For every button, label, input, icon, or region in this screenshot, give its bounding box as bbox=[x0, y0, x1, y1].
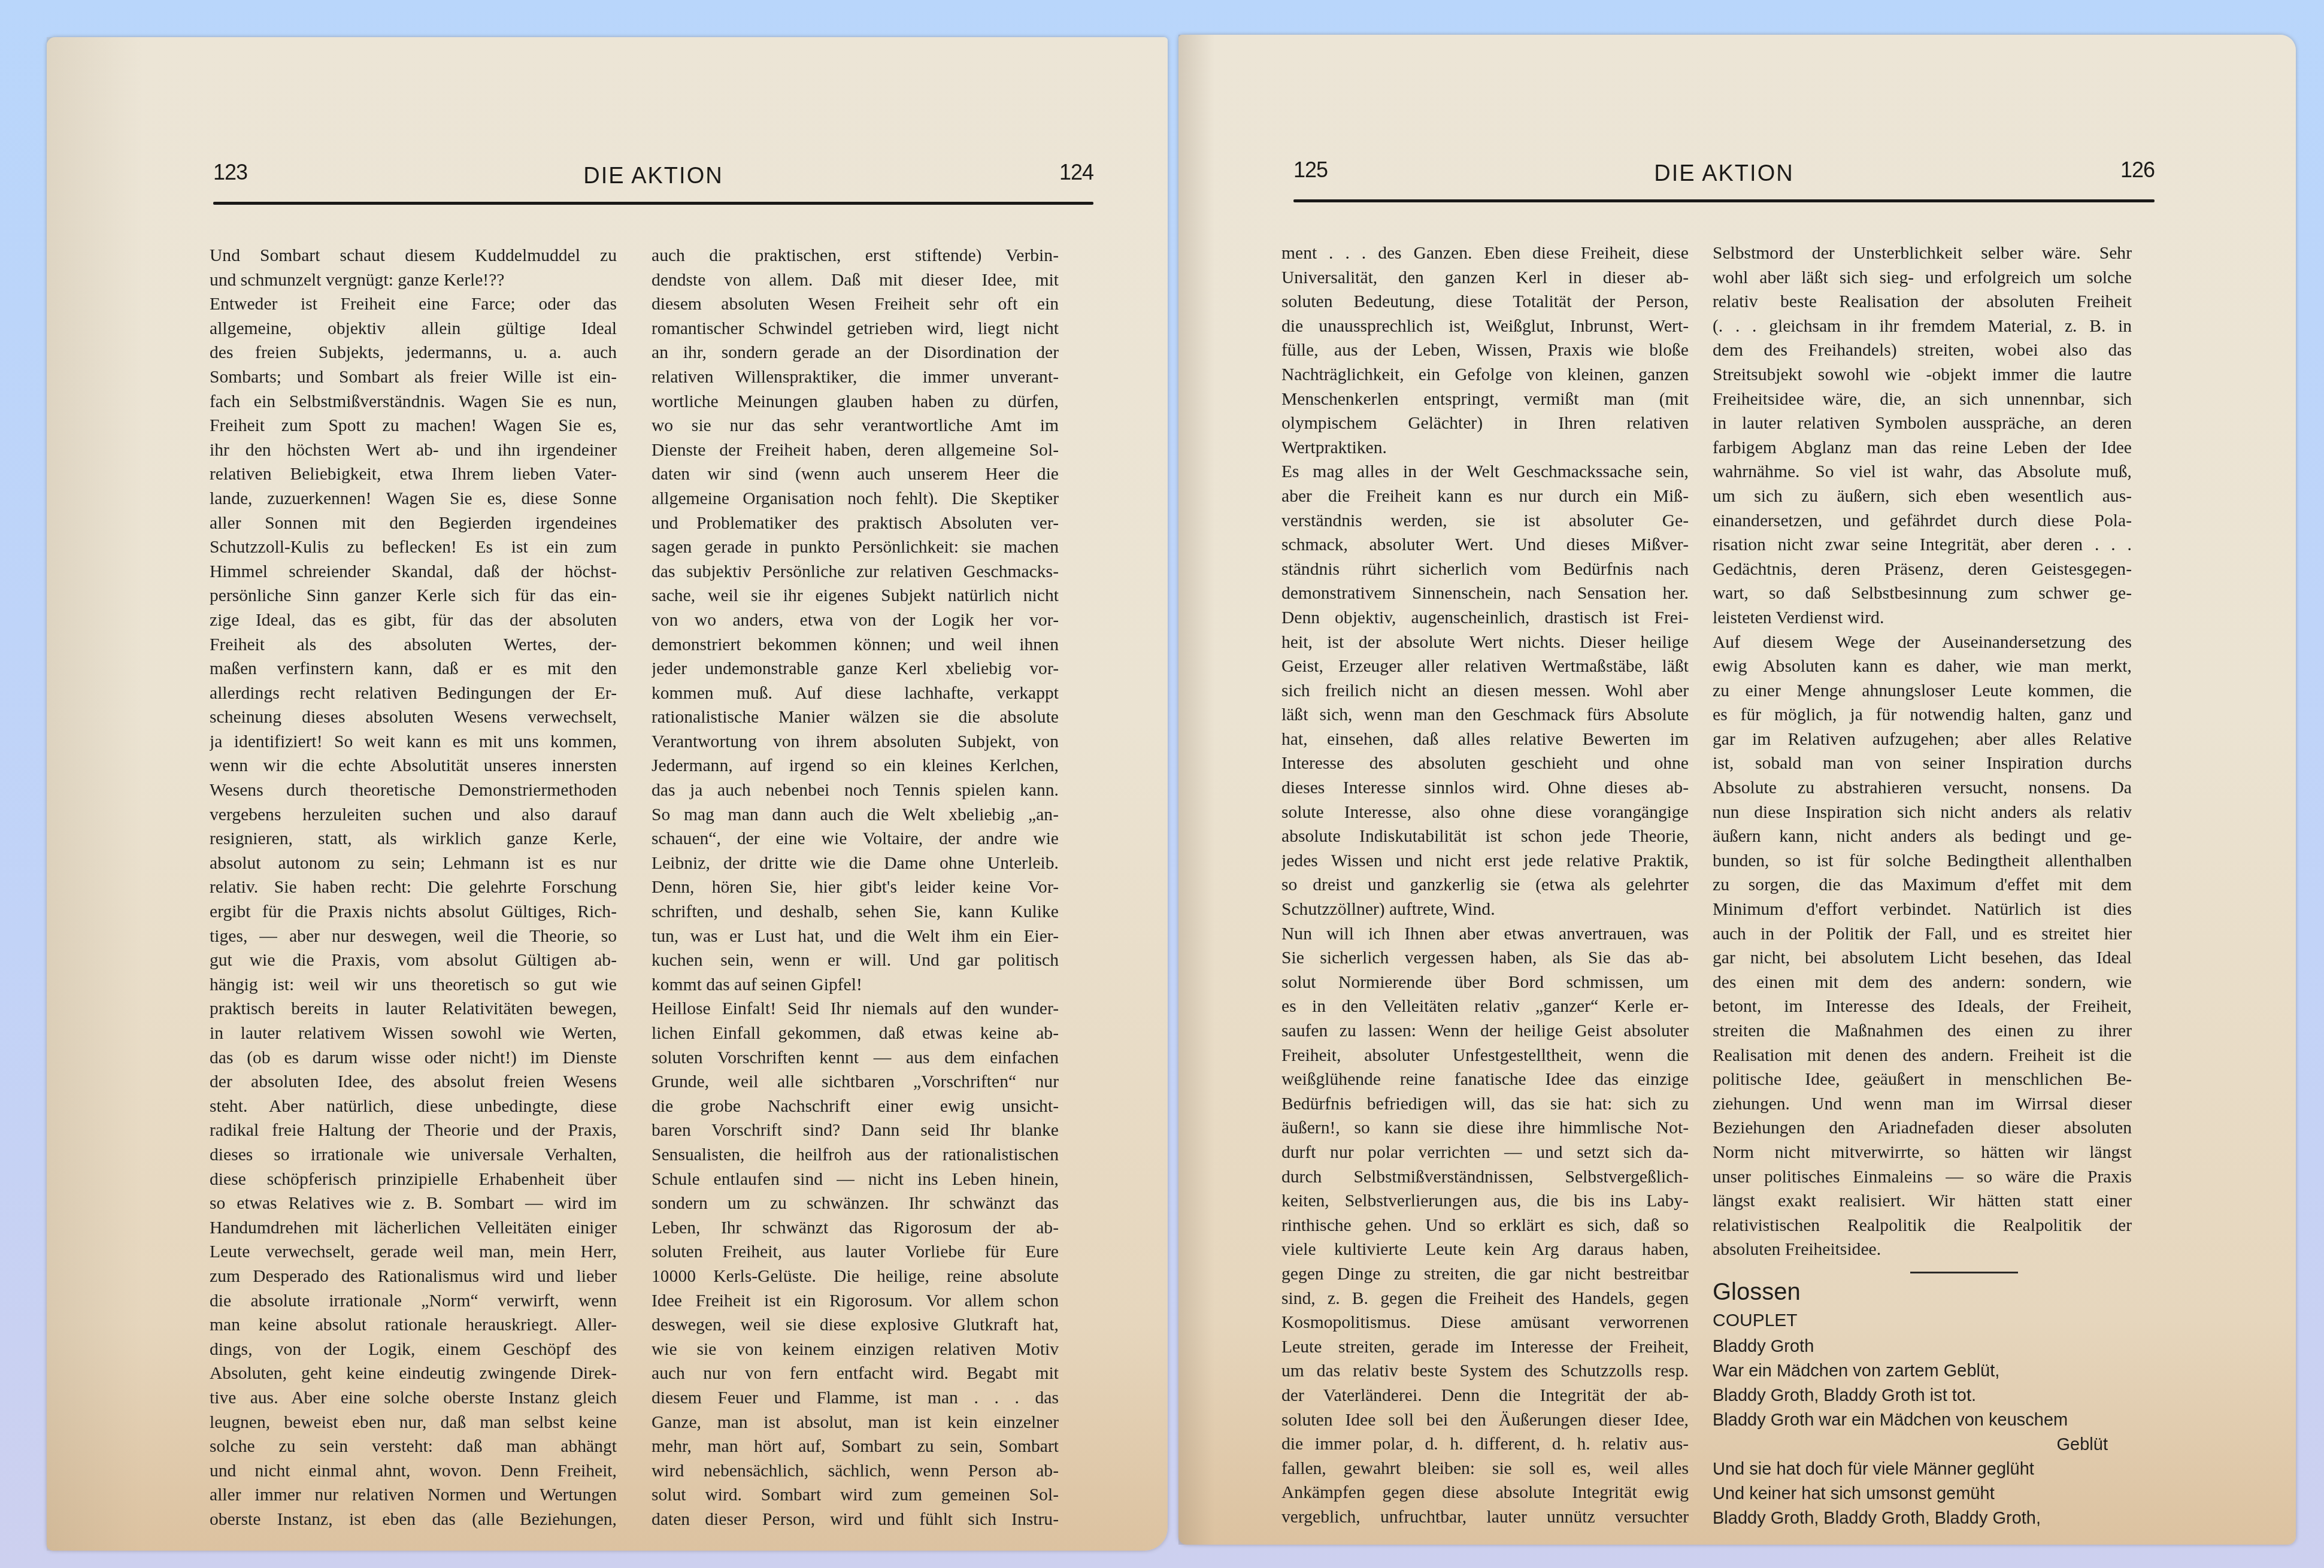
text-line: dendste von allem. Daß mit dieser Idee, … bbox=[652, 268, 1059, 293]
text-line: sich freilich nicht an diesen messen. Wo… bbox=[1281, 679, 1689, 703]
text-line: Geist, Erzeuger aller relativen Wertmaßs… bbox=[1281, 654, 1689, 679]
text-line: aber die Freiheit kann es nur durch ein … bbox=[1281, 484, 1689, 509]
text-line: des einen mit dem des andern: sondern, w… bbox=[1713, 970, 2132, 995]
right-page: 125 DIE AKTION 126 ment . . . des Ganzen… bbox=[1178, 35, 2296, 1545]
text-line: zu sorgen, die das Maximum d'effet mit d… bbox=[1713, 873, 2132, 897]
poem-verses: Bladdy GrothWar ein Mädchen von zartem G… bbox=[1713, 1335, 2132, 1531]
essay-text: Selbstmord der Unsterblichkeit selber wä… bbox=[1713, 241, 2132, 1262]
text-line: wo sie nur das sehr verantwortliche Amt … bbox=[652, 414, 1059, 438]
text-line: fallen, gewahrt bleiben: sie soll es, we… bbox=[1281, 1457, 1689, 1481]
text-line: sondern um zu schwänzen. Ihr schwänzt da… bbox=[652, 1191, 1059, 1216]
text-line: Freiheit zum Spott zu machen! Wagen Sie … bbox=[210, 414, 617, 438]
text-line: (. . . gleichsam in ihr fremdem Material… bbox=[1713, 314, 2132, 339]
text-line: relativen Willenspraktiker, die immer un… bbox=[652, 365, 1059, 390]
text-line: fach ein Selbstmißverständnis. Wagen Sie… bbox=[210, 390, 617, 414]
text-line: von wo anders, etwa von der Logik her vo… bbox=[652, 608, 1059, 633]
text-line: Absoluten, geht keine eindeutig zwingend… bbox=[210, 1361, 617, 1386]
text-line: schmack, absoluter Wert. Und dieses Mißv… bbox=[1281, 533, 1689, 557]
text-line: Freiheit, absoluter Unfestgestelltheit, … bbox=[1281, 1044, 1689, 1068]
text-line: relativ. Sie haben recht: Die gelehrte F… bbox=[210, 875, 617, 900]
text-line: man keine absolut rationale herauskriegt… bbox=[210, 1313, 617, 1337]
text-column: auch die praktischen, erst stiftende) Ve… bbox=[652, 244, 1059, 1531]
text-line: Heillose Einfalt! Seid Ihr niemals auf d… bbox=[652, 997, 1059, 1021]
text-line: demonstrativem Sinnenschein, nach Sensat… bbox=[1281, 581, 1689, 606]
text-line: Selbstmord der Unsterblichkeit selber wä… bbox=[1713, 241, 2132, 266]
text-line: Entweder ist Freiheit eine Farce; oder d… bbox=[210, 292, 617, 317]
text-line: der absoluten Idee, des absolut freien W… bbox=[210, 1070, 617, 1094]
text-line: hat, einsehen, daß alles relative Bewert… bbox=[1281, 727, 1689, 752]
text-line: Es mag alles in der Welt Geschmackssache… bbox=[1281, 460, 1689, 484]
text-line: so etwas Relatives wie z. B. Sombart — w… bbox=[210, 1191, 617, 1216]
text-line: in lauter relativem Wissen sowohl wie We… bbox=[210, 1021, 617, 1046]
text-line: solut Normierende über Bord schmissen, u… bbox=[1281, 970, 1689, 995]
text-line: Denn objektiv, augenscheinlich, drastisc… bbox=[1281, 606, 1689, 630]
text-line: kuchen sein, wenn er will. Und gar polit… bbox=[652, 948, 1059, 973]
text-line: des freien Subjekts, jedermanns, u. a. a… bbox=[210, 341, 617, 365]
text-line: Absolute zu abstrahieren versucht, nonse… bbox=[1713, 776, 2132, 800]
text-line: maßen verfinstern kann, daß er es mit de… bbox=[210, 657, 617, 681]
text-line: so dreist und ganzkerlig sie (etwa als g… bbox=[1281, 873, 1689, 897]
text-line: keiten, Selbstverlierungen aus, die bis … bbox=[1281, 1189, 1689, 1214]
text-line: kommen muß. Auf diese lachhafte, verkapp… bbox=[652, 681, 1059, 706]
text-line: tun, was er Lust hat, und die Welt ihm e… bbox=[652, 924, 1059, 949]
text-line: wenn wir die echte Absolutität unseres i… bbox=[210, 754, 617, 778]
text-line: es für möglich, ja für notwendig halten,… bbox=[1713, 703, 2132, 727]
text-line: Leute verwechselt, gerade weil man, mein… bbox=[210, 1240, 617, 1264]
text-line: So mag man dann auch die Welt xbeliebig … bbox=[652, 803, 1059, 827]
text-line: leisteten Verdienst wird. bbox=[1713, 606, 2132, 630]
text-line: Norm nicht mitverwirrte, so hätten wir l… bbox=[1713, 1141, 2132, 1165]
text-line: unser politisches Einmaleins — so wäre d… bbox=[1713, 1165, 2132, 1190]
text-line: das ja auch nebenbei noch Tennis spielen… bbox=[652, 778, 1059, 803]
text-line: absolut autonom zu sein; Lehmann ist es … bbox=[210, 851, 617, 876]
text-line: Ankämpfen gegen diese absolute Integritä… bbox=[1281, 1481, 1689, 1505]
text-line: praktisch bereits in lauter Relativitäte… bbox=[210, 997, 617, 1021]
text-line: Handumdrehen mit lächerlichen Velleitäte… bbox=[210, 1216, 617, 1241]
text-line: demonstriert bekommen können; und weil i… bbox=[652, 633, 1059, 657]
text-line: betont, im Interesse des Ideals, der Fre… bbox=[1713, 994, 2132, 1019]
text-line: Idee Freiheit ist ein Rigorosum. Vor all… bbox=[652, 1289, 1059, 1314]
text-line: um sich zu äußern, sich eben wesentlich … bbox=[1713, 484, 2132, 509]
text-line: dieses so irrationale wie universale Ver… bbox=[210, 1143, 617, 1167]
text-line: sache, weil sie ihr eigenes Subjekt natü… bbox=[652, 584, 1059, 608]
text-line: Schutzzoll-Kulis zu beflecken! Es ist ei… bbox=[210, 535, 617, 560]
text-line: ja identifiziert! So weit kann es mit un… bbox=[210, 730, 617, 754]
text-column: Selbstmord der Unsterblichkeit selber wä… bbox=[1713, 241, 2132, 1531]
text-line: deswegen, weil sie diese explosive Glutk… bbox=[652, 1313, 1059, 1337]
text-line: kommt das auf seinen Gipfel! bbox=[652, 973, 1059, 997]
text-line: diese schöpferisch prinzipielle Erhabenh… bbox=[210, 1167, 617, 1192]
text-line: viele kultivierte Leute kein Arg daraus … bbox=[1281, 1238, 1689, 1262]
text-line: gar nicht, bei absolutem Licht besehen, … bbox=[1713, 946, 2132, 970]
text-line: radikal freie Haltung der Theorie und de… bbox=[210, 1118, 617, 1143]
text-line: Interesse des absoluten geschieht und oh… bbox=[1281, 751, 1689, 776]
text-line: nun diese Inspiration sich nicht anders … bbox=[1713, 800, 2132, 825]
text-line: die immer polar, d. h. different, d. h. … bbox=[1281, 1432, 1689, 1457]
poem-line: Bladdy Groth, Bladdy Groth ist tot. bbox=[1713, 1384, 2132, 1408]
text-line: wortliche Meinungen glauben haben zu dür… bbox=[652, 390, 1059, 414]
text-line: lande, zuzuerkennen! Wagen Sie es, diese… bbox=[210, 487, 617, 511]
text-line: soluten Bedeutung, diese Totalität der P… bbox=[1281, 290, 1689, 314]
text-line: Wesens durch theoretische Demonstriermet… bbox=[210, 778, 617, 803]
text-line: Und Sombart schaut diesem Kuddelmuddel z… bbox=[210, 244, 617, 268]
text-line: solute Interesse, also ohne diese vorang… bbox=[1281, 800, 1689, 825]
text-line: vergebens herzuleiten suchen und also da… bbox=[210, 803, 617, 827]
text-line: ment . . . des Ganzen. Eben diese Freihe… bbox=[1281, 241, 1689, 266]
text-line: Freiheitsidee wäre, die, an sich unnennb… bbox=[1713, 387, 2132, 412]
text-line: diesem Feuer und Flamme, ist man . . . d… bbox=[652, 1386, 1059, 1411]
text-line: ihr den höchsten Wert ab- und ihn irgend… bbox=[210, 438, 617, 463]
text-line: daten wir sind (wenn auch unserem Heer d… bbox=[652, 462, 1059, 487]
text-line: Streitsubjekt sowohl wie -objekt immer d… bbox=[1713, 363, 2132, 387]
text-line: die grobe Nachschrift einer ewig unsicht… bbox=[652, 1094, 1059, 1119]
text-line: dings, von der Logik, einem Geschöpf des bbox=[210, 1337, 617, 1362]
text-line: Auf diesem Wege der Auseinandersetzung d… bbox=[1713, 630, 2132, 655]
text-line: sagen gerade in punkto Persönlichkeit: s… bbox=[652, 535, 1059, 560]
text-line: die absolute irrationale „Norm“ verwirft… bbox=[210, 1289, 617, 1314]
text-line: gar im Relativen aufzugehen; aber alles … bbox=[1713, 727, 2132, 752]
page-header: 123 DIE AKTION 124 bbox=[213, 160, 1093, 196]
poem-line: War ein Mädchen von zartem Geblüt, bbox=[1713, 1359, 2132, 1384]
text-line: ergibt für die Praxis nichts absolut Gül… bbox=[210, 900, 617, 924]
text-line: an ihr, sondern gerade an der Disordinat… bbox=[652, 341, 1059, 365]
page-number: 124 bbox=[1059, 160, 1093, 185]
poem-line: Geblüt bbox=[1713, 1433, 2132, 1457]
text-line: und schmunzelt vergnügt: ganze Kerle!?? bbox=[210, 268, 617, 293]
text-line: tive aus. Aber eine solche oberste Insta… bbox=[210, 1386, 617, 1411]
text-line: auch nur von fern entfacht wird. Begabt … bbox=[652, 1361, 1059, 1386]
text-line: Minimum d'effort verbindet. Natürlich is… bbox=[1713, 897, 2132, 922]
text-line: äußern!, so kann sie diese ihre himmlisc… bbox=[1281, 1116, 1689, 1141]
text-line: Ganze, man ist absolut, man ist kein ein… bbox=[652, 1411, 1059, 1435]
text-line: Realisation mit denen des andern. Freihe… bbox=[1713, 1044, 2132, 1068]
text-line: ständnis rührt sicherlich vom Bedürfnis … bbox=[1281, 557, 1689, 582]
text-line: Freiheit als des absoluten Wertes, der- bbox=[210, 633, 617, 657]
text-line: Leibniz, der dritte wie die Dame ohne Un… bbox=[652, 851, 1059, 876]
text-line: absolute Indiskutabilität ist schon jede… bbox=[1281, 824, 1689, 849]
text-line: steht. Aber natürlich, diese unbedingte,… bbox=[210, 1094, 617, 1119]
text-line: ist, sobald man von seiner Inspiration d… bbox=[1713, 751, 2132, 776]
text-line: scheinung dieses absoluten Wesens verwec… bbox=[210, 705, 617, 730]
text-line: ewig Absoluten kann es daher, wie man me… bbox=[1713, 654, 2132, 679]
text-line: fülle, aus der Leben, Wissen, Praxis wie… bbox=[1281, 338, 1689, 363]
text-line: Sie sicherlich vergessen haben, als Sie … bbox=[1281, 946, 1689, 970]
text-line: zu einer Menge ahnungsloser Leute kommen… bbox=[1713, 679, 2132, 703]
masthead: DIE AKTION bbox=[1293, 161, 2155, 187]
text-line: schauen“, der eine wie Voltaire, der and… bbox=[652, 827, 1059, 851]
text-line: längst exakt realisiert. Wir hätten stat… bbox=[1713, 1189, 2132, 1214]
text-line: Kosmopolitismus. Diese amüsant verworren… bbox=[1281, 1311, 1689, 1335]
text-line: allgemeine Organisation noch fehlt). Die… bbox=[652, 487, 1059, 511]
text-line: sind, z. B. gegen die Freiheit des Hande… bbox=[1281, 1287, 1689, 1311]
text-line: bunden, so ist für solche Bedingtheit al… bbox=[1713, 849, 2132, 874]
text-line: zum Desperado des Rationalismus wird und… bbox=[210, 1264, 617, 1289]
text-line: solche zu sein versteht: daß man abhängt bbox=[210, 1434, 617, 1459]
poem-line: Und keiner hat sich umsonst gemüht bbox=[1713, 1482, 2132, 1506]
text-line: dem des Freihandels) streiten, wobei als… bbox=[1713, 338, 2132, 363]
text-line: risation nicht zwar seine Integrität, ab… bbox=[1713, 533, 2132, 557]
text-line: das subjektiv Persönliche zur relativen … bbox=[652, 560, 1059, 584]
text-line: aller immer nur relativen Normen und Wer… bbox=[210, 1483, 617, 1508]
text-line: das (ob es darum wisse oder nicht!) im D… bbox=[210, 1046, 617, 1070]
text-line: baren Vorschrift sind? Dann seid Ihr bla… bbox=[652, 1118, 1059, 1143]
text-line: zige Ideal, das es gibt, für das der abs… bbox=[210, 608, 617, 633]
text-line: politische Idee, geäußert in menschliche… bbox=[1713, 1067, 2132, 1092]
text-line: weißglühende reine fanatische Idee das e… bbox=[1281, 1067, 1689, 1092]
text-line: wohl aber läßt sich sieg- und erfolgreic… bbox=[1713, 266, 2132, 290]
text-line: Nun will ich Ihnen aber etwas anvertraue… bbox=[1281, 922, 1689, 947]
text-line: Leben, Ihr schwänzt das Rigorosum der ab… bbox=[652, 1216, 1059, 1241]
text-line: Sombarts; und Sombart als freier Wille i… bbox=[210, 365, 617, 390]
text-line: einandersetzen, und gefährdet durch dies… bbox=[1713, 509, 2132, 533]
text-line: tiges, — aber nur deswegen, weil die The… bbox=[210, 924, 617, 949]
text-line: soluten Idee soll bei den Äußerungen die… bbox=[1281, 1408, 1689, 1433]
text-line: dieses Interesse sinnlos wird. Ohne dies… bbox=[1281, 776, 1689, 800]
text-line: Dienste der Freiheit haben, deren allgem… bbox=[652, 438, 1059, 463]
text-line: wie sie von keinem einzigen relativen Mo… bbox=[652, 1337, 1059, 1362]
text-line: Himmel schreiender Skandal, daß der höch… bbox=[210, 560, 617, 584]
text-line: farbigem Abglanz man das reine Leben der… bbox=[1713, 436, 2132, 460]
poem-line: Bladdy Groth bbox=[1713, 1335, 2132, 1359]
text-line: Grunde, weil alle sichtbaren „Vorschrift… bbox=[652, 1070, 1059, 1094]
text-line: allgemeine, objektiv allein gültige Idea… bbox=[210, 317, 617, 341]
text-line: Sensualisten, die heilfroh aus der ratio… bbox=[652, 1143, 1059, 1167]
text-line: auch in der Politik der Fall, und es str… bbox=[1713, 922, 2132, 947]
text-line: saufen zu lassen: Wenn der heilige Geist… bbox=[1281, 1019, 1689, 1044]
text-line: relativistischen Realpolitik die Realpol… bbox=[1713, 1214, 2132, 1238]
text-line: Jedermann, auf irgend so ein kleines Ker… bbox=[652, 754, 1059, 778]
text-line: resignieren, statt, als wirklich ganze K… bbox=[210, 827, 617, 851]
text-line: romantischer Schwindel getrieben wird, l… bbox=[652, 317, 1059, 341]
text-line: soluten Freiheit, aus lauter Vorliebe fü… bbox=[652, 1240, 1059, 1264]
text-line: Universalität, den ganzen Kerl in dieser… bbox=[1281, 266, 1689, 290]
text-line: relativen Beliebigkeit, etwa Ihrem liebe… bbox=[210, 462, 617, 487]
text-line: daten dieser Person, wird und fühlt sich… bbox=[652, 1508, 1059, 1532]
text-line: Gedächtnis, deren Präsenz, deren Geistes… bbox=[1713, 557, 2132, 582]
text-line: läßt sich, wenn man den Geschmack fürs A… bbox=[1281, 703, 1689, 727]
poem-line: Bladdy Groth, Bladdy Groth, Bladdy Groth… bbox=[1713, 1506, 2132, 1531]
text-line: heit, ist der absolute Wert nichts. Dies… bbox=[1281, 630, 1689, 655]
text-line: wart, so daß Selbstbesinnung zum schwer … bbox=[1713, 581, 2132, 606]
text-line: mehr, man hört auf, Sombart zu sein, Som… bbox=[652, 1434, 1059, 1459]
text-line: auch die praktischen, erst stiftende) Ve… bbox=[652, 244, 1059, 268]
text-line: und Problematiker des praktisch Absolute… bbox=[652, 511, 1059, 536]
text-line: persönliche Sinn ganzer Kerle sich für d… bbox=[210, 584, 617, 608]
text-line: in lauter relativen Symbolen ausspräche,… bbox=[1713, 411, 2132, 436]
section-divider bbox=[1910, 1272, 2018, 1273]
text-line: 10000 Kerls-Gelüste. Die heilige, reine … bbox=[652, 1264, 1059, 1289]
page-header: 125 DIE AKTION 126 bbox=[1293, 157, 2155, 193]
text-line: relativ beste Realisation der absoluten … bbox=[1713, 290, 2132, 314]
text-line: Leute streiten, gerade im Interesse der … bbox=[1281, 1335, 1689, 1360]
text-line: olympischem Gelächter) in Ihren relative… bbox=[1281, 411, 1689, 436]
text-column: Und Sombart schaut diesem Kuddelmuddel z… bbox=[210, 244, 617, 1531]
text-column: ment . . . des Ganzen. Eben diese Freihe… bbox=[1281, 241, 1689, 1529]
text-line: Menschenkerlen entspringt, vermißt man (… bbox=[1281, 387, 1689, 412]
text-line: wahrnähme. So viel ist wahr, das Absolut… bbox=[1713, 460, 2132, 484]
text-line: streiten die Maßnahmen des einen zu ihre… bbox=[1713, 1019, 2132, 1044]
text-line: gut wie die Praxis, vom absolut Gültigen… bbox=[210, 948, 617, 973]
text-line: Beziehungen den Ariadnefaden dieser abso… bbox=[1713, 1116, 2132, 1141]
masthead: DIE AKTION bbox=[213, 163, 1093, 189]
header-rule bbox=[1293, 199, 2155, 202]
text-line: die unaussprechlich ist, Weißglut, Inbru… bbox=[1281, 314, 1689, 339]
text-line: Bedürfnis befriedigen will, das sie hat:… bbox=[1281, 1092, 1689, 1117]
text-line: gegen Dinge zu streiten, die gar nicht b… bbox=[1281, 1262, 1689, 1287]
text-line: es in den Velleitäten relativ „ganzer“ K… bbox=[1281, 994, 1689, 1019]
text-line: aller Sonnen mit den Begierden irgendein… bbox=[210, 511, 617, 536]
text-line: leugnen, beweist eben nur, daß man selbs… bbox=[210, 1411, 617, 1435]
text-line: Nachträglichkeit, ein Gefolge von kleine… bbox=[1281, 363, 1689, 387]
text-line: ziehungen. Und wenn man im Wirrsal diese… bbox=[1713, 1092, 2132, 1117]
text-line: durch Selbstmißverständnissen, Selbstver… bbox=[1281, 1165, 1689, 1190]
text-line: Schutzzöllner) auftrete, Wind. bbox=[1281, 897, 1689, 922]
header-rule bbox=[213, 202, 1093, 205]
text-line: Schule entlaufen sind — nicht ins Leben … bbox=[652, 1167, 1059, 1192]
poem-line: Und sie hat doch für viele Männer geglüh… bbox=[1713, 1457, 2132, 1482]
text-line: diesem absoluten Wesen Freiheit sehr oft… bbox=[652, 292, 1059, 317]
text-line: rationalistische Manier wälzen sie die a… bbox=[652, 705, 1059, 730]
text-line: solut wird. Sombart wird zum gemeinen So… bbox=[652, 1483, 1059, 1508]
text-line: um das relativ beste System des Schutzzo… bbox=[1281, 1359, 1689, 1384]
text-line: der Vaterländerei. Denn die Integrität d… bbox=[1281, 1384, 1689, 1408]
text-line: hängig ist: weil wir uns theoretisch so … bbox=[210, 973, 617, 997]
left-page: 123 DIE AKTION 124 Und Sombart schaut di… bbox=[47, 37, 1168, 1551]
section-title: Glossen bbox=[1713, 1277, 2132, 1307]
text-line: wird nebensächlich, sächlich, wenn Perso… bbox=[652, 1459, 1059, 1484]
text-line: lichen Einfall gekommen, daß etwas keine… bbox=[652, 1021, 1059, 1046]
poem-title: COUPLET bbox=[1713, 1307, 2132, 1335]
text-line: durft nur polar verrichten — und setzt s… bbox=[1281, 1141, 1689, 1165]
text-line: rinthische gehen. Und so erklärt es sich… bbox=[1281, 1214, 1689, 1238]
text-line: soluten Vorschriften kennt — aus dem ein… bbox=[652, 1046, 1059, 1070]
text-line: allerdings recht relativen Bedingungen d… bbox=[210, 681, 617, 706]
text-line: jeder undemonstrable ganze Kerl xbeliebi… bbox=[652, 657, 1059, 681]
text-line: absoluten Freiheitsidee. bbox=[1713, 1238, 2132, 1262]
text-line: Verantwortung von ihrem absoluten Subjek… bbox=[652, 730, 1059, 754]
text-line: schriften, und deshalb, sehen Sie, kann … bbox=[652, 900, 1059, 924]
text-line: oberste Instanz, ist eben das (alle Bezi… bbox=[210, 1508, 617, 1532]
text-line: und nicht einmal ahnt, wovon. Denn Freih… bbox=[210, 1459, 617, 1484]
poem-line: Bladdy Groth war ein Mädchen von keusche… bbox=[1713, 1408, 2132, 1433]
text-line: Denn, hören Sie, hier gibt's leider kein… bbox=[652, 875, 1059, 900]
text-line: Wertpraktiken. bbox=[1281, 436, 1689, 460]
text-line: äußern kann, nicht anders als bedingt un… bbox=[1713, 824, 2132, 849]
page-number: 126 bbox=[2120, 157, 2155, 183]
text-line: vergeblich, unfruchtbar, lauter unnütz v… bbox=[1281, 1505, 1689, 1530]
text-line: verständnis werden, sie ist absoluter Ge… bbox=[1281, 509, 1689, 533]
text-line: jedes Wissen und nicht erst jede relativ… bbox=[1281, 849, 1689, 874]
